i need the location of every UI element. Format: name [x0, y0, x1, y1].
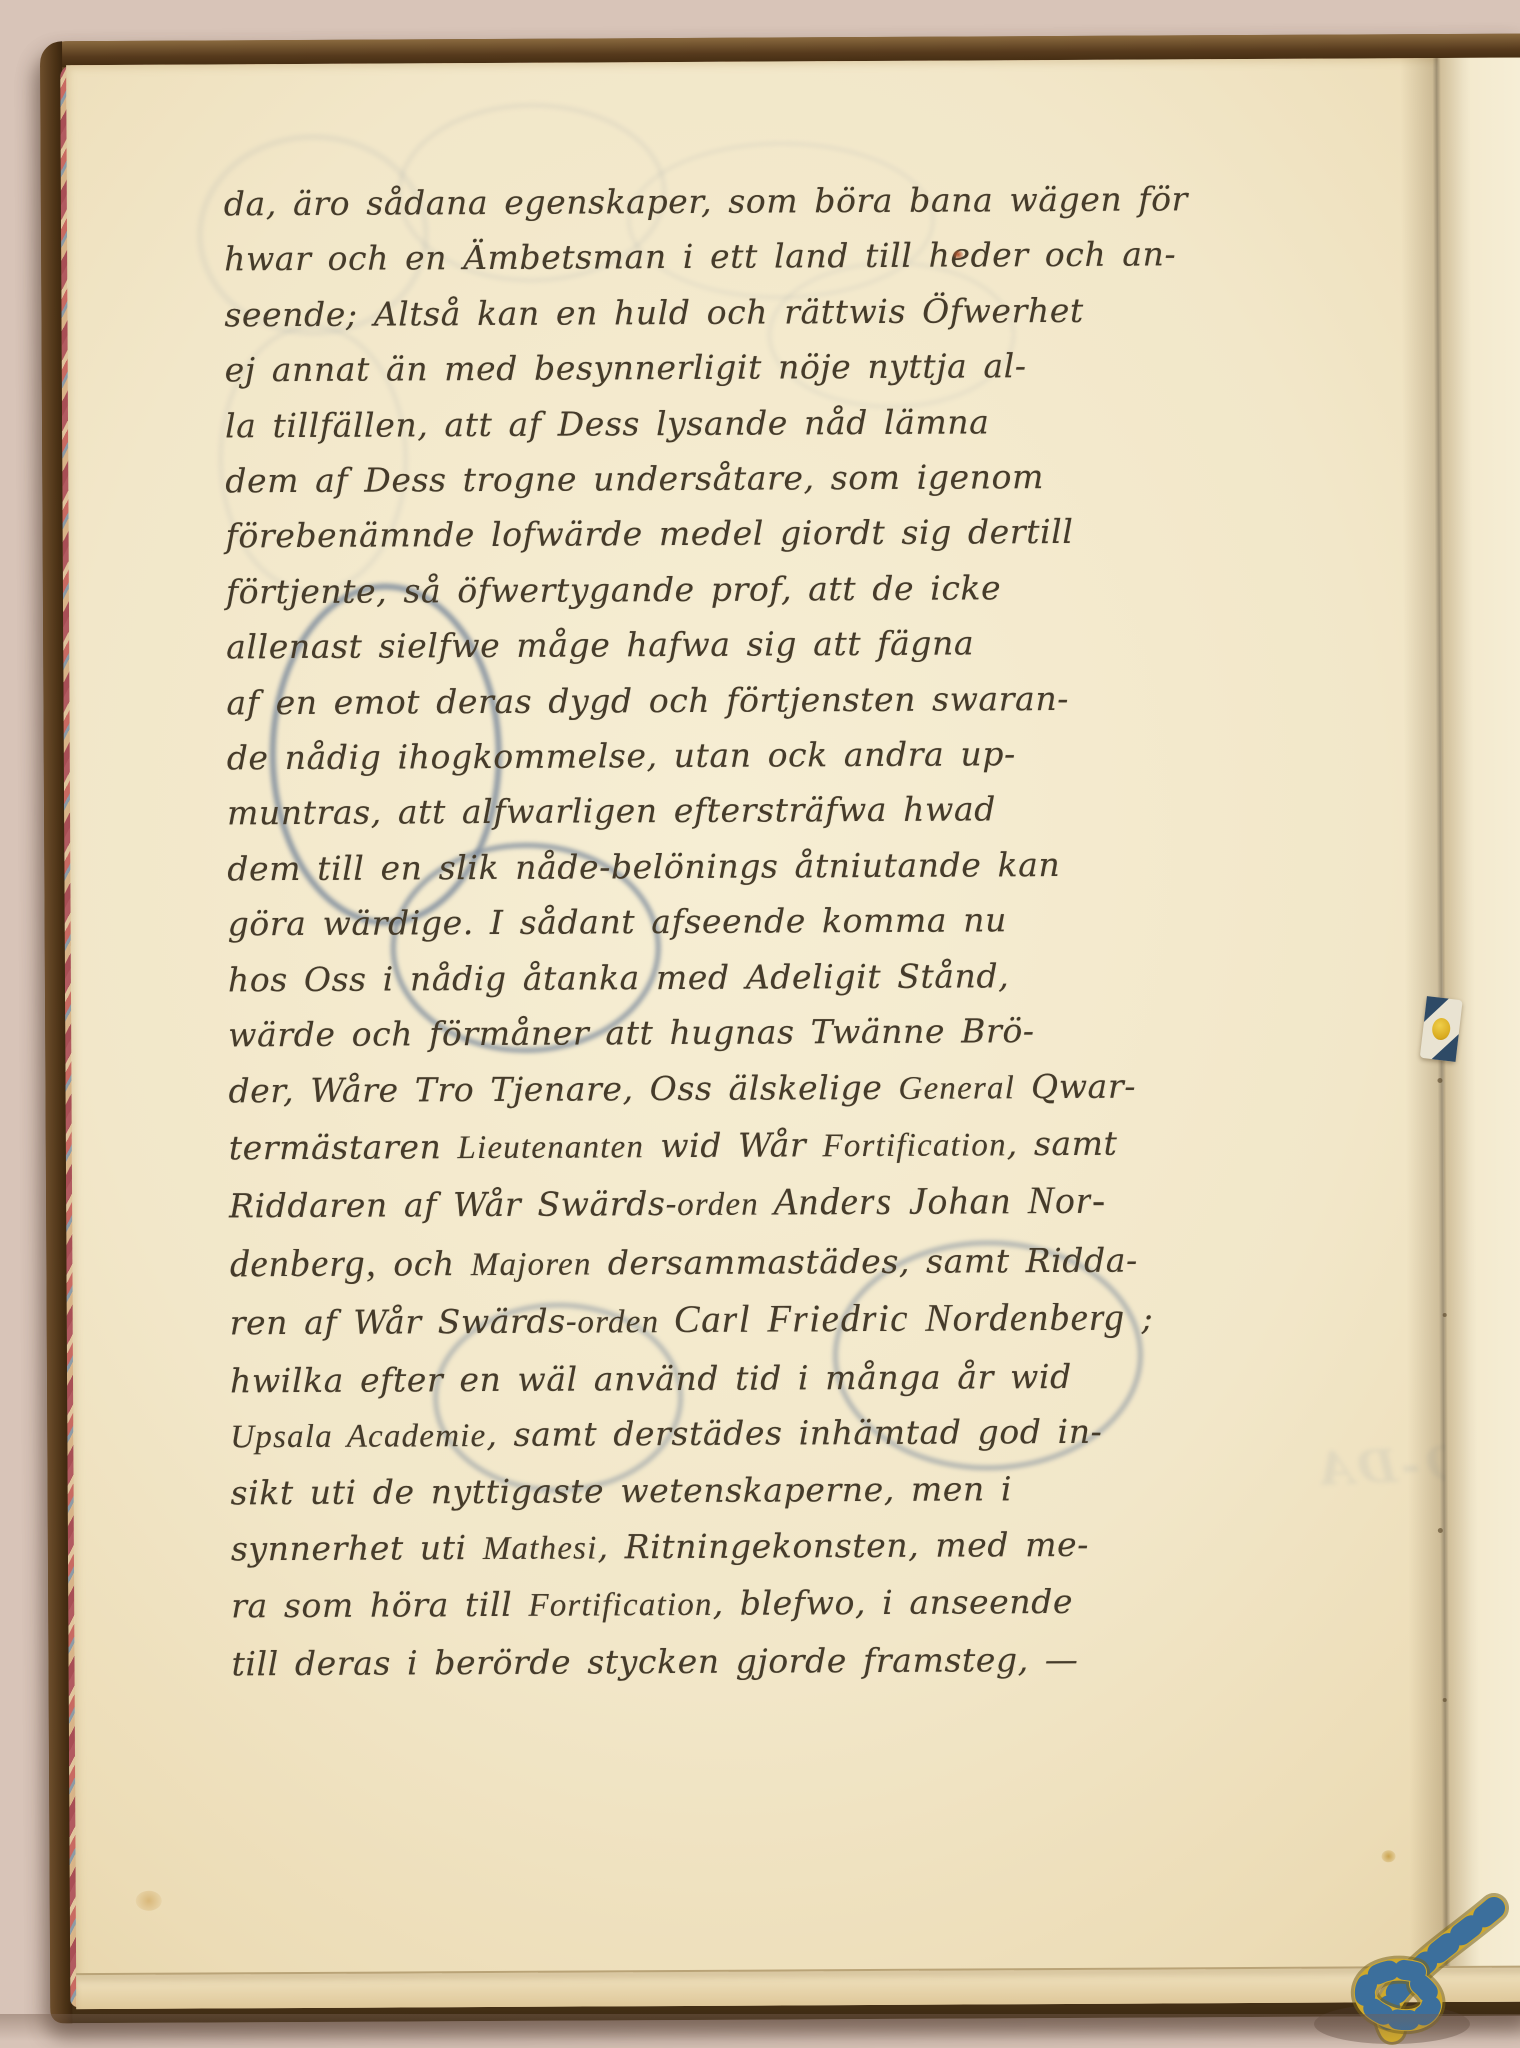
gutter-speck: [1443, 1313, 1447, 1317]
text-segment: , samt: [1007, 1124, 1118, 1164]
text-segment: Qwar-: [1015, 1066, 1136, 1106]
gutter-speck: [1438, 1528, 1443, 1533]
text-segment: dem till en slik nåde-belönings åtniutan…: [227, 845, 1060, 888]
text-segment: wärde och förmåner att hugnas Twänne Brö…: [228, 1011, 1035, 1054]
manuscript-text-line: der, Wåre Tro Tjenare, Oss älskelige Gen…: [228, 1058, 1074, 1120]
text-segment: dersammastädes, samt Ridda-: [592, 1240, 1138, 1282]
manuscript-text-line: dem till en slik nåde-belönings åtniutan…: [227, 837, 1073, 897]
manuscript-text-line: Riddaren af Wår Swärds-orden Anders Joha…: [229, 1173, 1075, 1236]
text-segment: , Ritningekonsten, med me-: [597, 1525, 1089, 1567]
paper-stain: [1382, 1850, 1396, 1862]
gutter-speck: [1443, 1698, 1447, 1702]
text-segment: Fortification: [822, 1127, 1006, 1164]
text-segment: till deras i berörde stycken gjorde fram…: [231, 1639, 1078, 1682]
text-segment: förtjente, så öfwertygande prof, att de …: [226, 568, 1002, 611]
text-segment: de nådig ihogkommelse, utan ock andra up…: [227, 734, 1016, 777]
paper-stain: [136, 1891, 162, 1911]
text-segment: ra som höra till: [231, 1585, 528, 1626]
scanned-manuscript-screenshot: { "manuscript": { "description_label": "…: [0, 0, 1520, 2048]
manuscript-text-line: hwilka efter en wäl använd tid i många å…: [230, 1348, 1076, 1408]
manuscript-page: OO-DA da, äro sådana egenskaper, som bör…: [66, 58, 1520, 2010]
text-segment: wid Wår: [644, 1125, 822, 1165]
text-segment: göra wärdige. I sådant afseende komma nu: [228, 901, 1007, 944]
text-segment: allenast sielfwe måge hafwa sig att fägn…: [226, 624, 974, 667]
text-segment: denberg,: [229, 1241, 377, 1285]
text-segment: der, Wåre Tro Tjenare, Oss älskelige: [228, 1067, 898, 1110]
text-segment: , samt derstädes inhämtad god in-: [486, 1412, 1102, 1454]
text-segment: Mathesi: [483, 1530, 598, 1567]
manuscript-text-line: denberg, och Majoren dersammastädes, sam…: [229, 1232, 1075, 1295]
text-segment: af en emot deras dygd och förtjensten sw…: [226, 679, 1069, 722]
manuscript-text-line: hos Oss i nådig åtanka med Adeligit Stån…: [228, 948, 1074, 1008]
manuscript-text-line: synnerhet uti Mathesi, Ritningekonsten, …: [231, 1517, 1077, 1579]
manuscript-text-line: muntras, att alfwarligen eftersträfwa hw…: [227, 781, 1073, 841]
text-segment: termästaren: [229, 1127, 458, 1167]
gutter-speck: [1438, 1936, 1447, 1945]
text-segment: Riddaren af Wår Swärds-: [229, 1184, 677, 1225]
manuscript-text-line: la tillfällen, att af Dess lysande nåd l…: [225, 394, 1071, 454]
text-segment: ren af Wår Swärds-: [230, 1302, 578, 1343]
text-segment: muntras, att alfwarligen eftersträfwa hw…: [227, 790, 996, 833]
text-segment: hos Oss i nådig åtanka med Adeligit Stån…: [228, 956, 1010, 999]
manuscript-text-line: seende; Altså kan en huld och rättwis Öf…: [224, 283, 1070, 343]
text-segment: ;: [1125, 1299, 1153, 1338]
text-segment: orden: [577, 1304, 673, 1341]
manuscript-text-line: af en emot deras dygd och förtjensten sw…: [226, 671, 1072, 731]
text-segment: hwar och en Ämbetsman i ett land till he…: [224, 235, 1176, 279]
manuscript-text-line: göra wärdige. I sådant afseende komma nu: [228, 892, 1074, 952]
text-segment: ej annat än med besynnerligit nöje nyttj…: [225, 346, 1027, 389]
text-segment: hwilka efter en wäl använd tid i många å…: [230, 1356, 1072, 1399]
manuscript-text-line: de nådig ihogkommelse, utan ock andra up…: [227, 726, 1073, 786]
text-segment: Anders Johan Nor-: [773, 1179, 1106, 1224]
manuscript-text-line: Upsala Academie, samt derstädes inhämtad…: [230, 1404, 1076, 1466]
text-segment: Carl Friedric Nordenberg: [674, 1296, 1126, 1341]
text-block: da, äro sådana egenskaper, som böra bana…: [224, 172, 1078, 1691]
text-segment: General: [898, 1070, 1015, 1107]
book-bottom-shadow: [0, 2014, 1520, 2048]
manuscript-text-line: allenast sielfwe måge hafwa sig att fägn…: [226, 615, 1072, 675]
manuscript-text-line: förebenämnde lofwärde medel giordt sig d…: [225, 504, 1071, 564]
manuscript-text-line: dem af Dess trogne undersåtare, som igen…: [225, 449, 1071, 509]
manuscript-text-line: ej annat än med besynnerligit nöje nyttj…: [225, 338, 1071, 398]
manuscript-text-line: wärde och förmåner att hugnas Twänne Brö…: [228, 1003, 1074, 1063]
page-edges-bottom: [76, 1966, 1520, 2010]
text-segment: sikt uti de nyttigaste wetenskaperne, me…: [231, 1470, 1013, 1513]
manuscript-text-line: ra som höra till Fortification, blefwo, …: [231, 1574, 1077, 1636]
manuscript-text-line: da, äro sådana egenskaper, som böra bana…: [224, 172, 1070, 232]
text-segment: Upsala Academie: [230, 1418, 486, 1455]
book-cover-leather-edge: OO-DA da, äro sådana egenskaper, som bör…: [40, 34, 1520, 2024]
manuscript-text-line: sikt uti de nyttigaste wetenskaperne, me…: [230, 1461, 1076, 1521]
text-segment: dem af Dess trogne undersåtare, som igen…: [225, 457, 1044, 500]
sewing-band: [1420, 996, 1463, 1062]
text-segment: förebenämnde lofwärde medel giordt sig d…: [226, 512, 1074, 555]
manuscript-text-line: ren af Wår Swärds-orden Carl Friedric No…: [230, 1290, 1076, 1353]
text-segment: seende; Altså kan en huld och rättwis Öf…: [224, 291, 1084, 334]
manuscript-text-line: termästaren Lieutenanten wid Wår Fortifi…: [229, 1116, 1075, 1178]
manuscript-text-line: förtjente, så öfwertygande prof, att de …: [226, 560, 1072, 620]
text-segment: la tillfällen, att af Dess lysande nåd l…: [225, 402, 990, 445]
text-segment: och: [377, 1244, 471, 1283]
text-segment: Lieutenanten: [457, 1129, 644, 1166]
gutter-speck: [1437, 1078, 1442, 1083]
text-segment: synnerhet uti: [231, 1528, 483, 1568]
text-segment: Fortification: [528, 1587, 712, 1624]
text-segment: da, äro sådana egenskaper, som böra bana…: [224, 179, 1188, 223]
text-segment: Majoren: [471, 1246, 592, 1283]
manuscript-text-line: hwar och en Ämbetsman i ett land till he…: [224, 227, 1070, 287]
manuscript-text-line: till deras i berörde stycken gjorde fram…: [231, 1631, 1077, 1691]
text-segment: orden: [677, 1187, 773, 1224]
text-segment: , blefwo, i anseende: [713, 1582, 1074, 1623]
